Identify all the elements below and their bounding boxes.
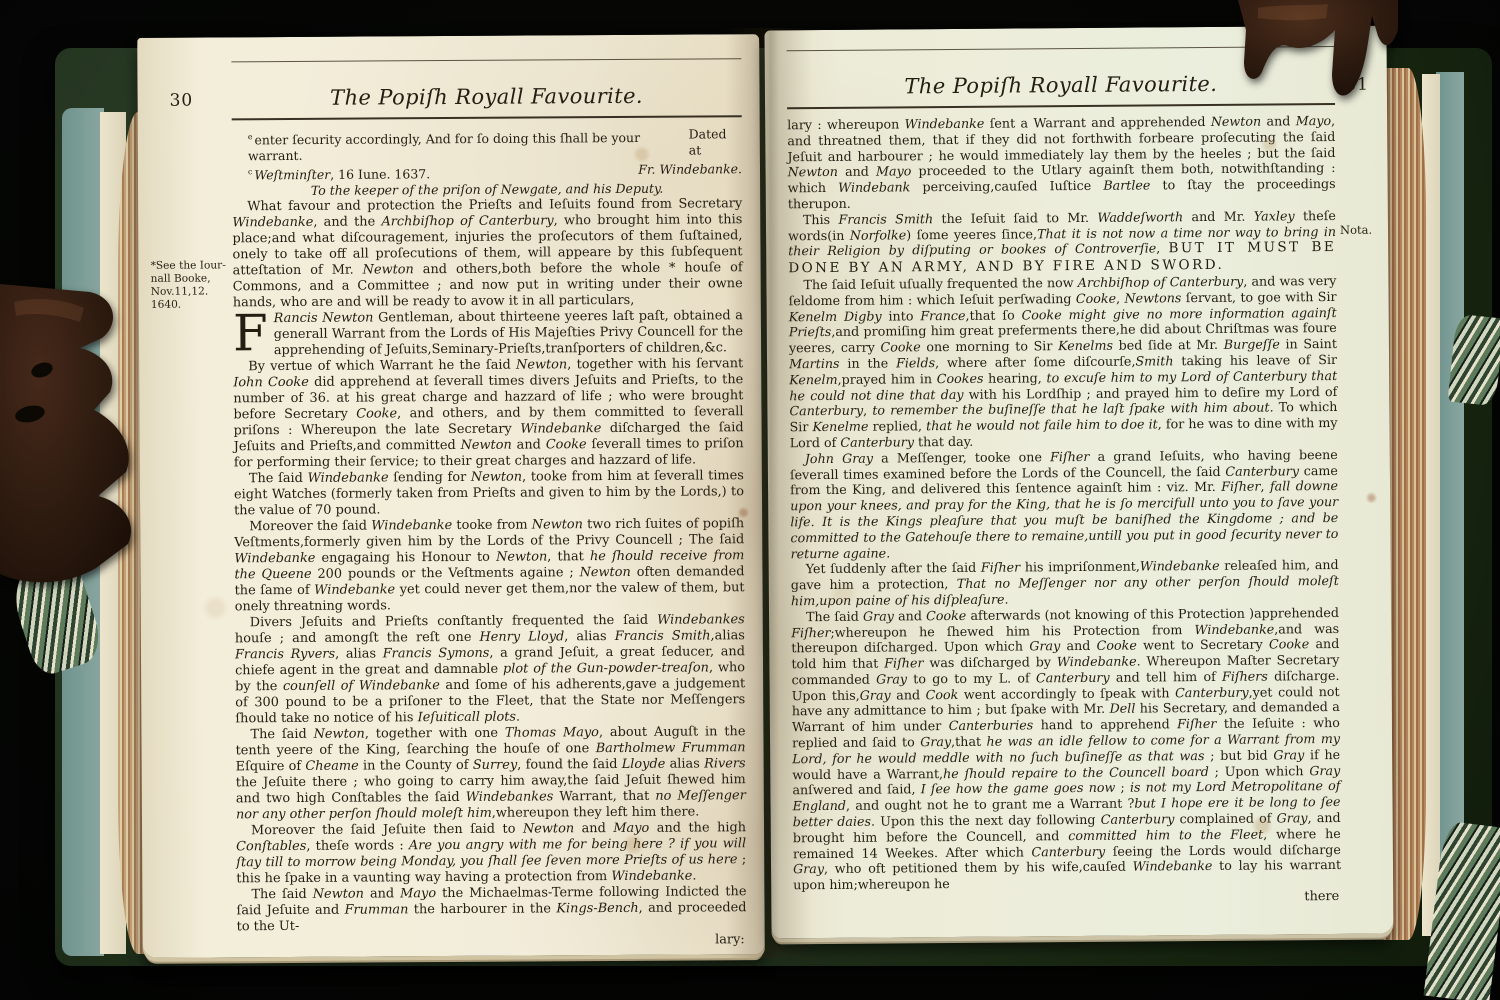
paragraph: The ſaid Ieſuit uſually frequented the n… [788, 273, 1337, 451]
paragraph: Moreover the ſaid Jeſuite then ſaid to N… [236, 821, 746, 888]
paragraph: FRancis Newton Gentleman, about thirteen… [233, 309, 743, 360]
paragraph: By vertue of which Warrant he the ſaid N… [233, 357, 744, 472]
catchword: lary: [237, 933, 747, 951]
margin-note: *See the Iour- nall Booke, Nov.11,12. 16… [151, 259, 229, 311]
paragraph: The ſaid Gray and Cooke afterwards (not … [791, 605, 1341, 894]
paragraph: Yet ſuddenly after the ſaid Fiſher his i… [791, 557, 1339, 609]
page-number: 30 [170, 91, 194, 111]
paragraph: John Gray a Meſſenger, tooke one Fiſher … [790, 447, 1339, 562]
paragraph: The ſaid Newton and Mayo the Michaelmas-… [236, 885, 746, 936]
paragraph: lary : whereupon Windebanke ſent a Warra… [787, 113, 1336, 212]
paragraph: What favour and protection the Prieſts a… [232, 197, 743, 312]
paragraph: This Francis Smith the Ieſuit ſaid to Mr… [788, 208, 1336, 277]
page-left: 30 The Popiſh Royall Favourite. eenter ſ… [137, 34, 765, 958]
drop-cap: F [233, 311, 274, 353]
margin-note: Nota. [1340, 224, 1386, 237]
clasp-left [0, 282, 155, 597]
paragraph: The ſaid Newton, together with one Thoma… [235, 725, 746, 824]
paragraph: Moreover the ſaid Windebanke tooke from … [234, 517, 745, 616]
clasp-top-right [1238, 0, 1398, 105]
page-right: 31 The Popiſh Royall Favourite. lary : w… [764, 26, 1393, 939]
paragraph: The ſaid Windebanke ſending for Newton, … [234, 469, 744, 520]
page-header: 30 The Popiſh Royall Favourite. [231, 79, 741, 118]
page-body: lary : whereupon Windebanke ſent a Warra… [787, 113, 1341, 893]
paragraph: eenter ſecurity accordingly, And for ſo … [232, 126, 742, 164]
photo-open-book: 30 The Popiſh Royall Favourite. eenter ſ… [0, 0, 1500, 1000]
paragraph: cWeſtminſter, 16 Iune. 1637.Fr. Windeban… [232, 161, 742, 183]
paragraph: Divers Jeſuits and Prieſts conſtantly fr… [235, 613, 746, 728]
page-body: eenter ſecurity accordingly, And for ſo … [232, 126, 747, 935]
top-rule-thin [231, 58, 741, 62]
running-title: The Popiſh Royall Favourite. [231, 79, 741, 110]
endpaper-right [1436, 72, 1464, 940]
